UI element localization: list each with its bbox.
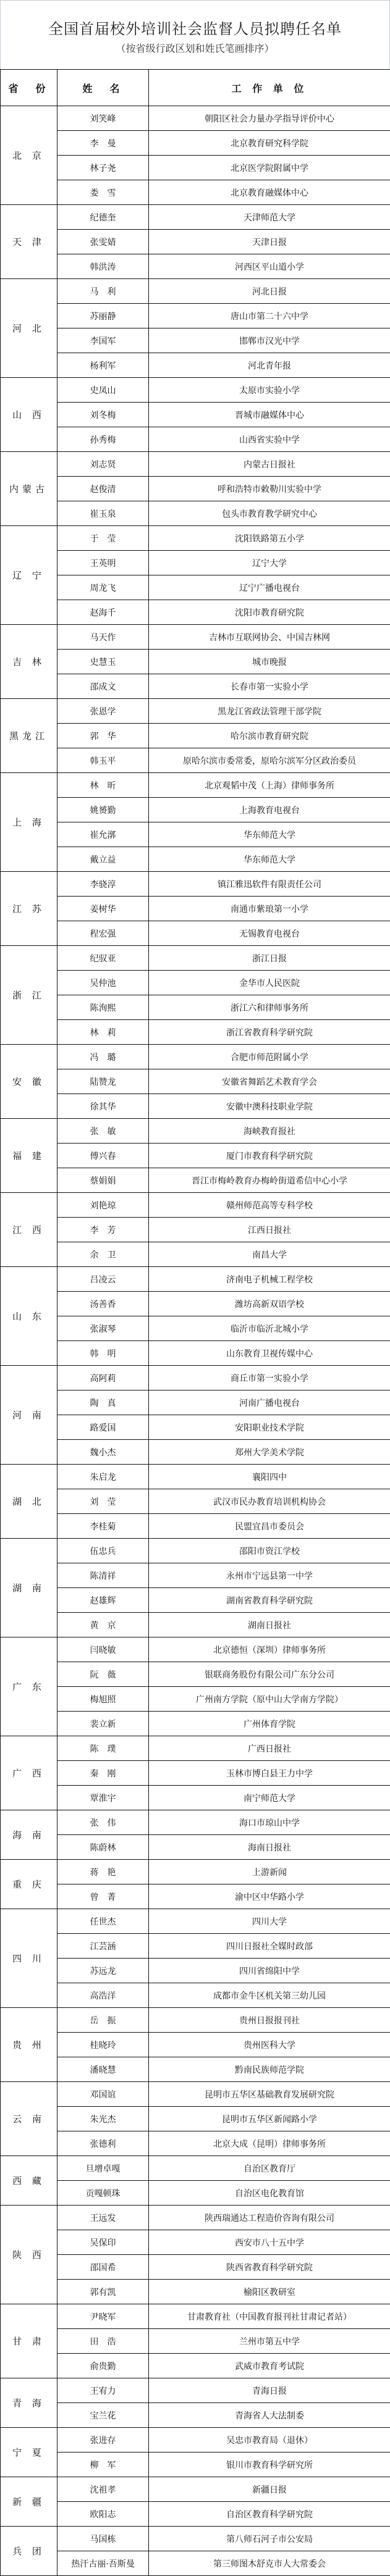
name-cell: 欧阳志 bbox=[57, 2502, 149, 2527]
unit-cell: 辽宁广播电视台 bbox=[149, 575, 390, 600]
table-row: 李桂菊民盟宜昌市委员会 bbox=[1, 1514, 390, 1539]
province-cell: 江 西 bbox=[1, 1193, 57, 1267]
unit-cell: 厦门市教育科学研究院 bbox=[149, 1144, 390, 1168]
name-cell: 田 浩 bbox=[57, 2329, 149, 2354]
table-row: 宁 夏张进存吴忠市教育局（退休） bbox=[1, 2428, 390, 2453]
table-row: 陶 真河南广播电视台 bbox=[1, 1390, 390, 1415]
table-row: 姜树华南通市紫琅第一小学 bbox=[1, 897, 390, 921]
name-cell: 陶 真 bbox=[57, 1390, 149, 1415]
table-row: 山 东吕凌云济南电子机械工程学校 bbox=[1, 1267, 390, 1292]
table-row: 吉 林马天作吉林市互联网协会、中国吉林网 bbox=[1, 625, 390, 650]
unit-cell: 自治区电化教育馆 bbox=[149, 2181, 390, 2206]
table-row: 史慧玉城市晚报 bbox=[1, 650, 390, 674]
name-cell: 赵海千 bbox=[57, 600, 149, 625]
unit-cell: 华东师范大学 bbox=[149, 822, 390, 847]
unit-cell: 呼和浩特市敕勒川实验中学 bbox=[149, 477, 390, 501]
name-cell: 阮 薇 bbox=[57, 1662, 149, 1687]
unit-cell: 山西省实验中学 bbox=[149, 427, 390, 452]
name-cell: 姚赟勤 bbox=[57, 798, 149, 822]
unit-cell: 第三师图木舒克市人大常委会 bbox=[149, 2551, 390, 2576]
unit-cell: 自治区教育厅 bbox=[149, 2156, 390, 2181]
table-row: 张淑琴临沂市临沂北城小学 bbox=[1, 1316, 390, 1341]
table-row: 魏小杰郑州大学美术学院 bbox=[1, 1440, 390, 1465]
province-cell: 广 西 bbox=[1, 1736, 57, 1810]
name-cell: 林子尧 bbox=[57, 156, 149, 180]
name-cell: 柳 军 bbox=[57, 2453, 149, 2477]
table-row: 柳 军银川市教育科学研究所 bbox=[1, 2453, 390, 2477]
province-cell: 安 徽 bbox=[1, 1045, 57, 1119]
name-cell: 张雯婧 bbox=[57, 230, 149, 254]
unit-cell: 合肥市师范附属小学 bbox=[149, 1045, 390, 1069]
unit-cell: 陕西省教育科学研究院 bbox=[149, 2255, 390, 2280]
table-row: 王英明辽宁大学 bbox=[1, 551, 390, 575]
table-row: 福 建张 敏海峡教育报社 bbox=[1, 1119, 390, 1144]
unit-cell: 长春市第一实验小学 bbox=[149, 674, 390, 699]
table-row: 云 南邓国谊昆明市五华区基础教育发展研究院 bbox=[1, 2082, 390, 2107]
unit-cell: 湖南省教育科学研究院 bbox=[149, 1588, 390, 1613]
name-cell: 汤善香 bbox=[57, 1292, 149, 1316]
province-cell: 贵 州 bbox=[1, 2008, 57, 2082]
name-cell: 吴仲池 bbox=[57, 971, 149, 995]
unit-cell: 天津日报 bbox=[149, 230, 390, 254]
name-cell: 纪驭亚 bbox=[57, 946, 149, 971]
unit-cell: 自治区教育科学研究院 bbox=[149, 2502, 390, 2527]
unit-cell: 海南日报社 bbox=[149, 1835, 390, 1860]
table-row: 苏丽静唐山市第二十六中学 bbox=[1, 304, 390, 328]
name-cell: 朱光杰 bbox=[57, 2107, 149, 2131]
table-row: 北 京刘笑峰朝阳区社会力量办学指导评价中心 bbox=[1, 106, 390, 131]
table-row: 徐其华安徽中澳科技职业学院 bbox=[1, 1094, 390, 1119]
table-row: 陈清祥永州市宁远县第一中学 bbox=[1, 1563, 390, 1588]
unit-cell: 吉林市互联网协会、中国吉林网 bbox=[149, 625, 390, 650]
unit-cell: 武汉市民办教育培训机构协会 bbox=[149, 1489, 390, 1514]
table-row: 林 莉浙江省教育科学研究院 bbox=[1, 1020, 390, 1045]
name-cell: 吕凌云 bbox=[57, 1267, 149, 1292]
unit-cell: 兰州市第五中学 bbox=[149, 2329, 390, 2354]
table-row: 河 北马 利河北日报 bbox=[1, 279, 390, 304]
table-row: 江 苏李骁淳镇江雅迅软件有限责任公司 bbox=[1, 872, 390, 897]
unit-cell: 浙江日报 bbox=[149, 946, 390, 971]
province-cell: 重 庆 bbox=[1, 1860, 57, 1909]
unit-cell: 上海教育电视台 bbox=[149, 798, 390, 822]
name-cell: 张淑琴 bbox=[57, 1316, 149, 1341]
name-cell: 蒋 艳 bbox=[57, 1860, 149, 1884]
unit-cell: 海口市琼山中学 bbox=[149, 1810, 390, 1835]
name-cell: 崔允漷 bbox=[57, 822, 149, 847]
name-cell: 张恩学 bbox=[57, 699, 149, 724]
table-row: 兵 团马国栋第八师石河子市公安局 bbox=[1, 2527, 390, 2551]
table-row: 阮 薇银联商务股份有限公司广东分公司 bbox=[1, 1662, 390, 1687]
unit-cell: 民盟宜昌市委员会 bbox=[149, 1514, 390, 1539]
table-row: 广 西陈 璞广西日报社 bbox=[1, 1736, 390, 1761]
name-cell: 贡嘎顿珠 bbox=[57, 2181, 149, 2206]
name-cell: 桂晓玲 bbox=[57, 2033, 149, 2057]
name-cell: 李桂菊 bbox=[57, 1514, 149, 1539]
table-row: 路爱国安阳职业技术学院 bbox=[1, 1415, 390, 1440]
unit-cell: 天津师范大学 bbox=[149, 205, 390, 230]
name-cell: 闫晓敏 bbox=[57, 1637, 149, 1662]
province-cell: 湖 南 bbox=[1, 1539, 57, 1637]
name-cell: 刘志贤 bbox=[57, 452, 149, 477]
unit-cell: 永州市宁远县第一中学 bbox=[149, 1563, 390, 1588]
table-row: 新 疆沈祖孝新疆日报 bbox=[1, 2477, 390, 2502]
name-cell: 陈清祥 bbox=[57, 1563, 149, 1588]
name-cell: 高阿莉 bbox=[57, 1366, 149, 1390]
unit-cell: 浙江六和律师事务所 bbox=[149, 995, 390, 1020]
table-row: 郭有凯榆阳区教研室 bbox=[1, 2280, 390, 2304]
unit-cell: 北京教育融媒体中心 bbox=[149, 180, 390, 205]
table-row: 田 浩兰州市第五中学 bbox=[1, 2329, 390, 2354]
table-row: 山 西史凤山太原市实验小学 bbox=[1, 378, 390, 403]
unit-cell: 邯郸市汉光中学 bbox=[149, 328, 390, 353]
name-cell: 俞贵勤 bbox=[57, 2354, 149, 2378]
name-cell: 李 曼 bbox=[57, 131, 149, 156]
name-cell: 陈 璞 bbox=[57, 1736, 149, 1761]
name-cell: 娄 雪 bbox=[57, 180, 149, 205]
name-cell: 高浩洋 bbox=[57, 1983, 149, 2008]
name-cell: 戴立益 bbox=[57, 847, 149, 872]
table-row: 姚赟勤上海教育电视台 bbox=[1, 798, 390, 822]
unit-cell: 武威市教育考试院 bbox=[149, 2354, 390, 2378]
table-row: 贵 州岳 振贵州日报报刊社 bbox=[1, 2008, 390, 2033]
name-cell: 宝兰花 bbox=[57, 2403, 149, 2428]
unit-cell: 贵州日报报刊社 bbox=[149, 2008, 390, 2033]
name-cell: 张 敏 bbox=[57, 1119, 149, 1144]
name-cell: 覃淮宇 bbox=[57, 1786, 149, 1810]
name-cell: 徐其华 bbox=[57, 1094, 149, 1119]
header-province: 省 份 bbox=[1, 70, 57, 106]
name-cell: 孙秀梅 bbox=[57, 427, 149, 452]
table-row: 刘冬梅晋城市融媒体中心 bbox=[1, 403, 390, 427]
name-cell: 张 伟 bbox=[57, 1810, 149, 1835]
unit-cell: 太原市实验小学 bbox=[149, 378, 390, 403]
table-row: 黄 京湖南日报社 bbox=[1, 1613, 390, 1637]
header-unit: 工 作 单 位 bbox=[149, 70, 390, 106]
table-row: 青 海王宥力青海日报 bbox=[1, 2378, 390, 2403]
table-row: 秦 刚玉林市博白县王力中学 bbox=[1, 1761, 390, 1786]
name-cell: 史慧玉 bbox=[57, 650, 149, 674]
table-row: 辽 宁于 莹沈阳铁路第五小学 bbox=[1, 526, 390, 551]
unit-cell: 北京观韬中茂（上海）律师事务所 bbox=[149, 773, 390, 798]
name-cell: 刘 莹 bbox=[57, 1489, 149, 1514]
name-cell: 伍忠兵 bbox=[57, 1539, 149, 1563]
name-cell: 邵国希 bbox=[57, 2255, 149, 2280]
table-row: 热汗古丽·吾斯曼第三师图木舒克市人大常委会 bbox=[1, 2551, 390, 2576]
unit-cell: 湖南日报社 bbox=[149, 1613, 390, 1637]
table-row: 吴保印西安市八十五中学 bbox=[1, 2230, 390, 2255]
unit-cell: 辽宁大学 bbox=[149, 551, 390, 575]
table-row: 周龙飞辽宁广播电视台 bbox=[1, 575, 390, 600]
unit-cell: 唐山市第二十六中学 bbox=[149, 304, 390, 328]
table-row: 河 南高阿莉商丘市第一实验小学 bbox=[1, 1366, 390, 1390]
name-cell: 张德利 bbox=[57, 2131, 149, 2156]
unit-cell: 渝中区中华路小学 bbox=[149, 1884, 390, 1909]
name-cell: 秦 刚 bbox=[57, 1761, 149, 1786]
name-cell: 马天作 bbox=[57, 625, 149, 650]
name-cell: 张进存 bbox=[57, 2428, 149, 2453]
name-cell: 林 昕 bbox=[57, 773, 149, 798]
table-row: 娄 雪北京教育融媒体中心 bbox=[1, 180, 390, 205]
province-cell: 四 川 bbox=[1, 1909, 57, 2008]
table-row: 林子尧北京医学院附属中学 bbox=[1, 156, 390, 180]
table-row: 李 芳江西日报社 bbox=[1, 1218, 390, 1242]
name-cell: 旦增卓嘎 bbox=[57, 2156, 149, 2181]
unit-cell: 山东教育卫视传媒中心 bbox=[149, 1341, 390, 1366]
unit-cell: 沈阳市教育研究院 bbox=[149, 600, 390, 625]
table-row: 梅旭照广州南方学院（原中山大学南方学院） bbox=[1, 1687, 390, 1712]
table-row: 杨利军河北青年报 bbox=[1, 353, 390, 378]
unit-cell: 沈阳铁路第五小学 bbox=[149, 526, 390, 551]
name-cell: 岳 振 bbox=[57, 2008, 149, 2033]
unit-cell: 吴忠市教育局（退休） bbox=[149, 2428, 390, 2453]
name-cell: 刘冬梅 bbox=[57, 403, 149, 427]
table-row: 刘 莹武汉市民办教育培训机构协会 bbox=[1, 1489, 390, 1514]
table-row: 邵国希陕西省教育科学研究院 bbox=[1, 2255, 390, 2280]
table-row: 重 庆蒋 艳上游新闻 bbox=[1, 1860, 390, 1884]
name-cell: 王远发 bbox=[57, 2206, 149, 2230]
name-cell: 韩玉平 bbox=[57, 748, 149, 773]
unit-cell: 商丘市第一实验小学 bbox=[149, 1366, 390, 1390]
name-cell: 韩洪涛 bbox=[57, 254, 149, 279]
province-cell: 福 建 bbox=[1, 1119, 57, 1193]
unit-cell: 济南电子机械工程学校 bbox=[149, 1267, 390, 1292]
unit-cell: 安徽省舞蹈艺术教育学会 bbox=[149, 1069, 390, 1094]
unit-cell: 青海省人大法制委 bbox=[149, 2403, 390, 2428]
name-cell: 陈洵熙 bbox=[57, 995, 149, 1020]
document-title: 全国首届校外培训社会监督人员拟聘任名单 bbox=[1, 17, 389, 38]
unit-cell: 河南广播电视台 bbox=[149, 1390, 390, 1415]
province-cell: 山 东 bbox=[1, 1267, 57, 1366]
unit-cell: 昆明市五华区新闻路小学 bbox=[149, 2107, 390, 2131]
table-row: 戴立益华东师范大学 bbox=[1, 847, 390, 872]
table-row: 陈蔚林海南日报社 bbox=[1, 1835, 390, 1860]
unit-cell: 南宁师范大学 bbox=[149, 1786, 390, 1810]
unit-cell: 浙江省教育科学研究院 bbox=[149, 1020, 390, 1045]
name-cell: 邓国谊 bbox=[57, 2082, 149, 2107]
table-row: 曾 菁渝中区中华路小学 bbox=[1, 1884, 390, 1909]
name-cell: 裴立新 bbox=[57, 1712, 149, 1736]
table-row: 李 曼北京教育研究科学院 bbox=[1, 131, 390, 156]
province-cell: 河 南 bbox=[1, 1366, 57, 1465]
table-row: 赵俊清呼和浩特市敕勒川实验中学 bbox=[1, 477, 390, 501]
unit-cell: 南昌大学 bbox=[149, 1242, 390, 1267]
name-cell: 马国栋 bbox=[57, 2527, 149, 2551]
table-row: 邵成文长春市第一实验小学 bbox=[1, 674, 390, 699]
title-block: 全国首届校外培训社会监督人员拟聘任名单 （按省级行政区划和姓氏笔画排序） bbox=[0, 0, 390, 69]
name-cell: 郭有凯 bbox=[57, 2280, 149, 2304]
name-cell: 史凤山 bbox=[57, 378, 149, 403]
province-cell: 湖 北 bbox=[1, 1465, 57, 1539]
province-cell: 内蒙古 bbox=[1, 452, 57, 526]
name-cell: 梅旭照 bbox=[57, 1687, 149, 1712]
unit-cell: 赣州师范高等专科学校 bbox=[149, 1193, 390, 1218]
name-cell: 王宥力 bbox=[57, 2378, 149, 2403]
unit-cell: 西安市八十五中学 bbox=[149, 2230, 390, 2255]
name-cell: 邵成文 bbox=[57, 674, 149, 699]
table-row: 汤善香潍坊高新双语学校 bbox=[1, 1292, 390, 1316]
unit-cell: 北京德恒（深圳）律师事务所 bbox=[149, 1637, 390, 1662]
name-cell: 尹晓军 bbox=[57, 2304, 149, 2329]
table-row: 天 津纪德奎天津师范大学 bbox=[1, 205, 390, 230]
unit-cell: 晋江市梅岭教育办梅岭街道希信中心小学 bbox=[149, 1168, 390, 1193]
table-row: 甘 肃尹晓军甘肃教育社（中国教育报刊社甘肃记者站） bbox=[1, 2304, 390, 2329]
table-row: 浙 江纪驭亚浙江日报 bbox=[1, 946, 390, 971]
document-subtitle: （按省级行政区划和姓氏笔画排序） bbox=[1, 41, 389, 55]
table-row: 黑龙江张恩学黑龙江省政法管理干部学院 bbox=[1, 699, 390, 724]
table-row: 傅兴春厦门市教育科学研究院 bbox=[1, 1144, 390, 1168]
table-row: 韩玉平原哈尔滨市委常委，原哈尔滨军分区政治委员 bbox=[1, 748, 390, 773]
unit-cell: 城市晚报 bbox=[149, 650, 390, 674]
name-cell: 郭 华 bbox=[57, 724, 149, 748]
header-name: 姓 名 bbox=[57, 70, 149, 106]
unit-cell: 甘肃教育社（中国教育报刊社甘肃记者站） bbox=[149, 2304, 390, 2329]
province-cell: 江 苏 bbox=[1, 872, 57, 946]
unit-cell: 河北青年报 bbox=[149, 353, 390, 378]
unit-cell: 昆明市五华区基础教育发展研究院 bbox=[149, 2082, 390, 2107]
table-row: 蔡娟娟晋江市梅岭教育办梅岭街道希信中心小学 bbox=[1, 1168, 390, 1193]
table-row: 苏远龙四川省绵阳中学 bbox=[1, 1959, 390, 1983]
table-row: 朱光杰昆明市五华区新闻路小学 bbox=[1, 2107, 390, 2131]
unit-cell: 朝阳区社会力量办学指导评价中心 bbox=[149, 106, 390, 131]
province-cell: 辽 宁 bbox=[1, 526, 57, 625]
table-row: 裴立新广州体育学院 bbox=[1, 1712, 390, 1736]
table-row: 陕 西王远发陕西瑞通达工程造价咨询有限公司 bbox=[1, 2206, 390, 2230]
unit-cell: 青海日报 bbox=[149, 2378, 390, 2403]
name-cell: 姜树华 bbox=[57, 897, 149, 921]
name-cell: 陈蔚林 bbox=[57, 1835, 149, 1860]
table-row: 潘晓慧黔南民族师范学院 bbox=[1, 2057, 390, 2082]
unit-cell: 邵阳市资江学校 bbox=[149, 1539, 390, 1563]
unit-cell: 安徽中澳科技职业学院 bbox=[149, 1094, 390, 1119]
province-cell: 宁 夏 bbox=[1, 2428, 57, 2477]
unit-cell: 黑龙江省政法管理干部学院 bbox=[149, 699, 390, 724]
table-row: 张雯婧天津日报 bbox=[1, 230, 390, 254]
name-cell: 纪德奎 bbox=[57, 205, 149, 230]
province-cell: 广 东 bbox=[1, 1637, 57, 1736]
name-cell: 余 卫 bbox=[57, 1242, 149, 1267]
unit-cell: 内蒙古日报社 bbox=[149, 452, 390, 477]
table-row: 覃淮宇南宁师范大学 bbox=[1, 1786, 390, 1810]
province-cell: 天 津 bbox=[1, 205, 57, 279]
table-row: 郭 华哈尔滨市教育研究院 bbox=[1, 724, 390, 748]
unit-cell: 北京大成（昆明）律师事务所 bbox=[149, 2131, 390, 2156]
province-cell: 陕 西 bbox=[1, 2206, 57, 2304]
name-cell: 杨利军 bbox=[57, 353, 149, 378]
unit-cell: 哈尔滨市教育研究院 bbox=[149, 724, 390, 748]
unit-cell: 黔南民族师范学院 bbox=[149, 2057, 390, 2082]
name-cell: 朱启龙 bbox=[57, 1465, 149, 1489]
name-cell: 沈祖孝 bbox=[57, 2477, 149, 2502]
table-header-row: 省 份 姓 名 工 作 单 位 bbox=[1, 70, 390, 106]
table-row: 湖 南伍忠兵邵阳市资江学校 bbox=[1, 1539, 390, 1563]
unit-cell: 四川大学 bbox=[149, 1909, 390, 1934]
unit-cell: 华东师范大学 bbox=[149, 847, 390, 872]
name-cell: 傅兴春 bbox=[57, 1144, 149, 1168]
unit-cell: 广州体育学院 bbox=[149, 1712, 390, 1736]
name-cell: 崔玉泉 bbox=[57, 501, 149, 526]
name-cell: 刘艳琼 bbox=[57, 1193, 149, 1218]
name-cell: 黄 京 bbox=[57, 1613, 149, 1637]
unit-cell: 玉林市博白县王力中学 bbox=[149, 1761, 390, 1786]
name-cell: 魏小杰 bbox=[57, 1440, 149, 1465]
province-cell: 北 京 bbox=[1, 106, 57, 205]
table-row: 西 藏旦增卓嘎自治区教育厅 bbox=[1, 2156, 390, 2181]
name-cell: 苏丽静 bbox=[57, 304, 149, 328]
unit-cell: 陕西瑞通达工程造价咨询有限公司 bbox=[149, 2206, 390, 2230]
name-cell: 李骁淳 bbox=[57, 872, 149, 897]
table-row: 湖 北朱启龙襄阳四中 bbox=[1, 1465, 390, 1489]
name-cell: 赵雄辉 bbox=[57, 1588, 149, 1613]
unit-cell: 第八师石河子市公安局 bbox=[149, 2527, 390, 2551]
name-cell: 李 芳 bbox=[57, 1218, 149, 1242]
unit-cell: 原哈尔滨市委常委，原哈尔滨军分区政治委员 bbox=[149, 748, 390, 773]
name-cell: 马 利 bbox=[57, 279, 149, 304]
name-cell: 陆赞龙 bbox=[57, 1069, 149, 1094]
name-cell: 韩 明 bbox=[57, 1341, 149, 1366]
unit-cell: 贵州医科大学 bbox=[149, 2033, 390, 2057]
name-cell: 周龙飞 bbox=[57, 575, 149, 600]
table-row: 韩 明山东教育卫视传媒中心 bbox=[1, 1341, 390, 1366]
table-row: 余 卫南昌大学 bbox=[1, 1242, 390, 1267]
table-row: 崔允漷华东师范大学 bbox=[1, 822, 390, 847]
province-cell: 黑龙江 bbox=[1, 699, 57, 773]
unit-cell: 广西日报社 bbox=[149, 1736, 390, 1761]
table-row: 吴仲池金华市人民医院 bbox=[1, 971, 390, 995]
unit-cell: 榆阳区教研室 bbox=[149, 2280, 390, 2304]
name-cell: 赵俊清 bbox=[57, 477, 149, 501]
table-row: 桂晓玲贵州医科大学 bbox=[1, 2033, 390, 2057]
province-cell: 云 南 bbox=[1, 2082, 57, 2156]
unit-cell: 金华市人民医院 bbox=[149, 971, 390, 995]
unit-cell: 郑州大学美术学院 bbox=[149, 1440, 390, 1465]
table-row: 张德利北京大成（昆明）律师事务所 bbox=[1, 2131, 390, 2156]
table-row: 广 东闫晓敏北京德恒（深圳）律师事务所 bbox=[1, 1637, 390, 1662]
table-row: 李国军邯郸市汉光中学 bbox=[1, 328, 390, 353]
table-body: 北 京刘笑峰朝阳区社会力量办学指导评价中心李 曼北京教育研究科学院林子尧北京医学… bbox=[1, 106, 390, 2576]
unit-cell: 海峡教育报社 bbox=[149, 1119, 390, 1144]
unit-cell: 河西区平山道小学 bbox=[149, 254, 390, 279]
unit-cell: 河北日报 bbox=[149, 279, 390, 304]
province-cell: 浙 江 bbox=[1, 946, 57, 1045]
name-cell: 蔡娟娟 bbox=[57, 1168, 149, 1193]
province-cell: 河 北 bbox=[1, 279, 57, 378]
table-row: 安 徽冯 璐合肥市师范附属小学 bbox=[1, 1045, 390, 1069]
unit-cell: 镇江雅迅软件有限责任公司 bbox=[149, 872, 390, 897]
province-cell: 海 南 bbox=[1, 1810, 57, 1860]
province-cell: 新 疆 bbox=[1, 2477, 57, 2527]
name-cell: 王英明 bbox=[57, 551, 149, 575]
unit-cell: 江西日报社 bbox=[149, 1218, 390, 1242]
name-cell: 冯 璐 bbox=[57, 1045, 149, 1069]
unit-cell: 新疆日报 bbox=[149, 2477, 390, 2502]
table-row: 韩洪涛河西区平山道小学 bbox=[1, 254, 390, 279]
province-cell: 青 海 bbox=[1, 2378, 57, 2428]
unit-cell: 无锡教育电视台 bbox=[149, 921, 390, 946]
unit-cell: 北京医学院附属中学 bbox=[149, 156, 390, 180]
province-cell: 吉 林 bbox=[1, 625, 57, 699]
name-cell: 程宏强 bbox=[57, 921, 149, 946]
table-row: 江芸涵四川日报社全媒时政部 bbox=[1, 1934, 390, 1959]
table-row: 贡嘎顿珠自治区电化教育馆 bbox=[1, 2181, 390, 2206]
appointment-list-document: 全国首届校外培训社会监督人员拟聘任名单 （按省级行政区划和姓氏笔画排序） 省 份… bbox=[0, 0, 390, 2576]
unit-cell: 银川市教育科学研究所 bbox=[149, 2453, 390, 2477]
name-cell: 江芸涵 bbox=[57, 1934, 149, 1959]
name-cell: 曾 菁 bbox=[57, 1884, 149, 1909]
unit-cell: 安阳职业技术学院 bbox=[149, 1415, 390, 1440]
appointee-table: 省 份 姓 名 工 作 单 位 北 京刘笑峰朝阳区社会力量办学指导评价中心李 曼… bbox=[0, 69, 390, 2576]
province-cell: 上 海 bbox=[1, 773, 57, 872]
table-row: 宝兰花青海省人大法制委 bbox=[1, 2403, 390, 2428]
